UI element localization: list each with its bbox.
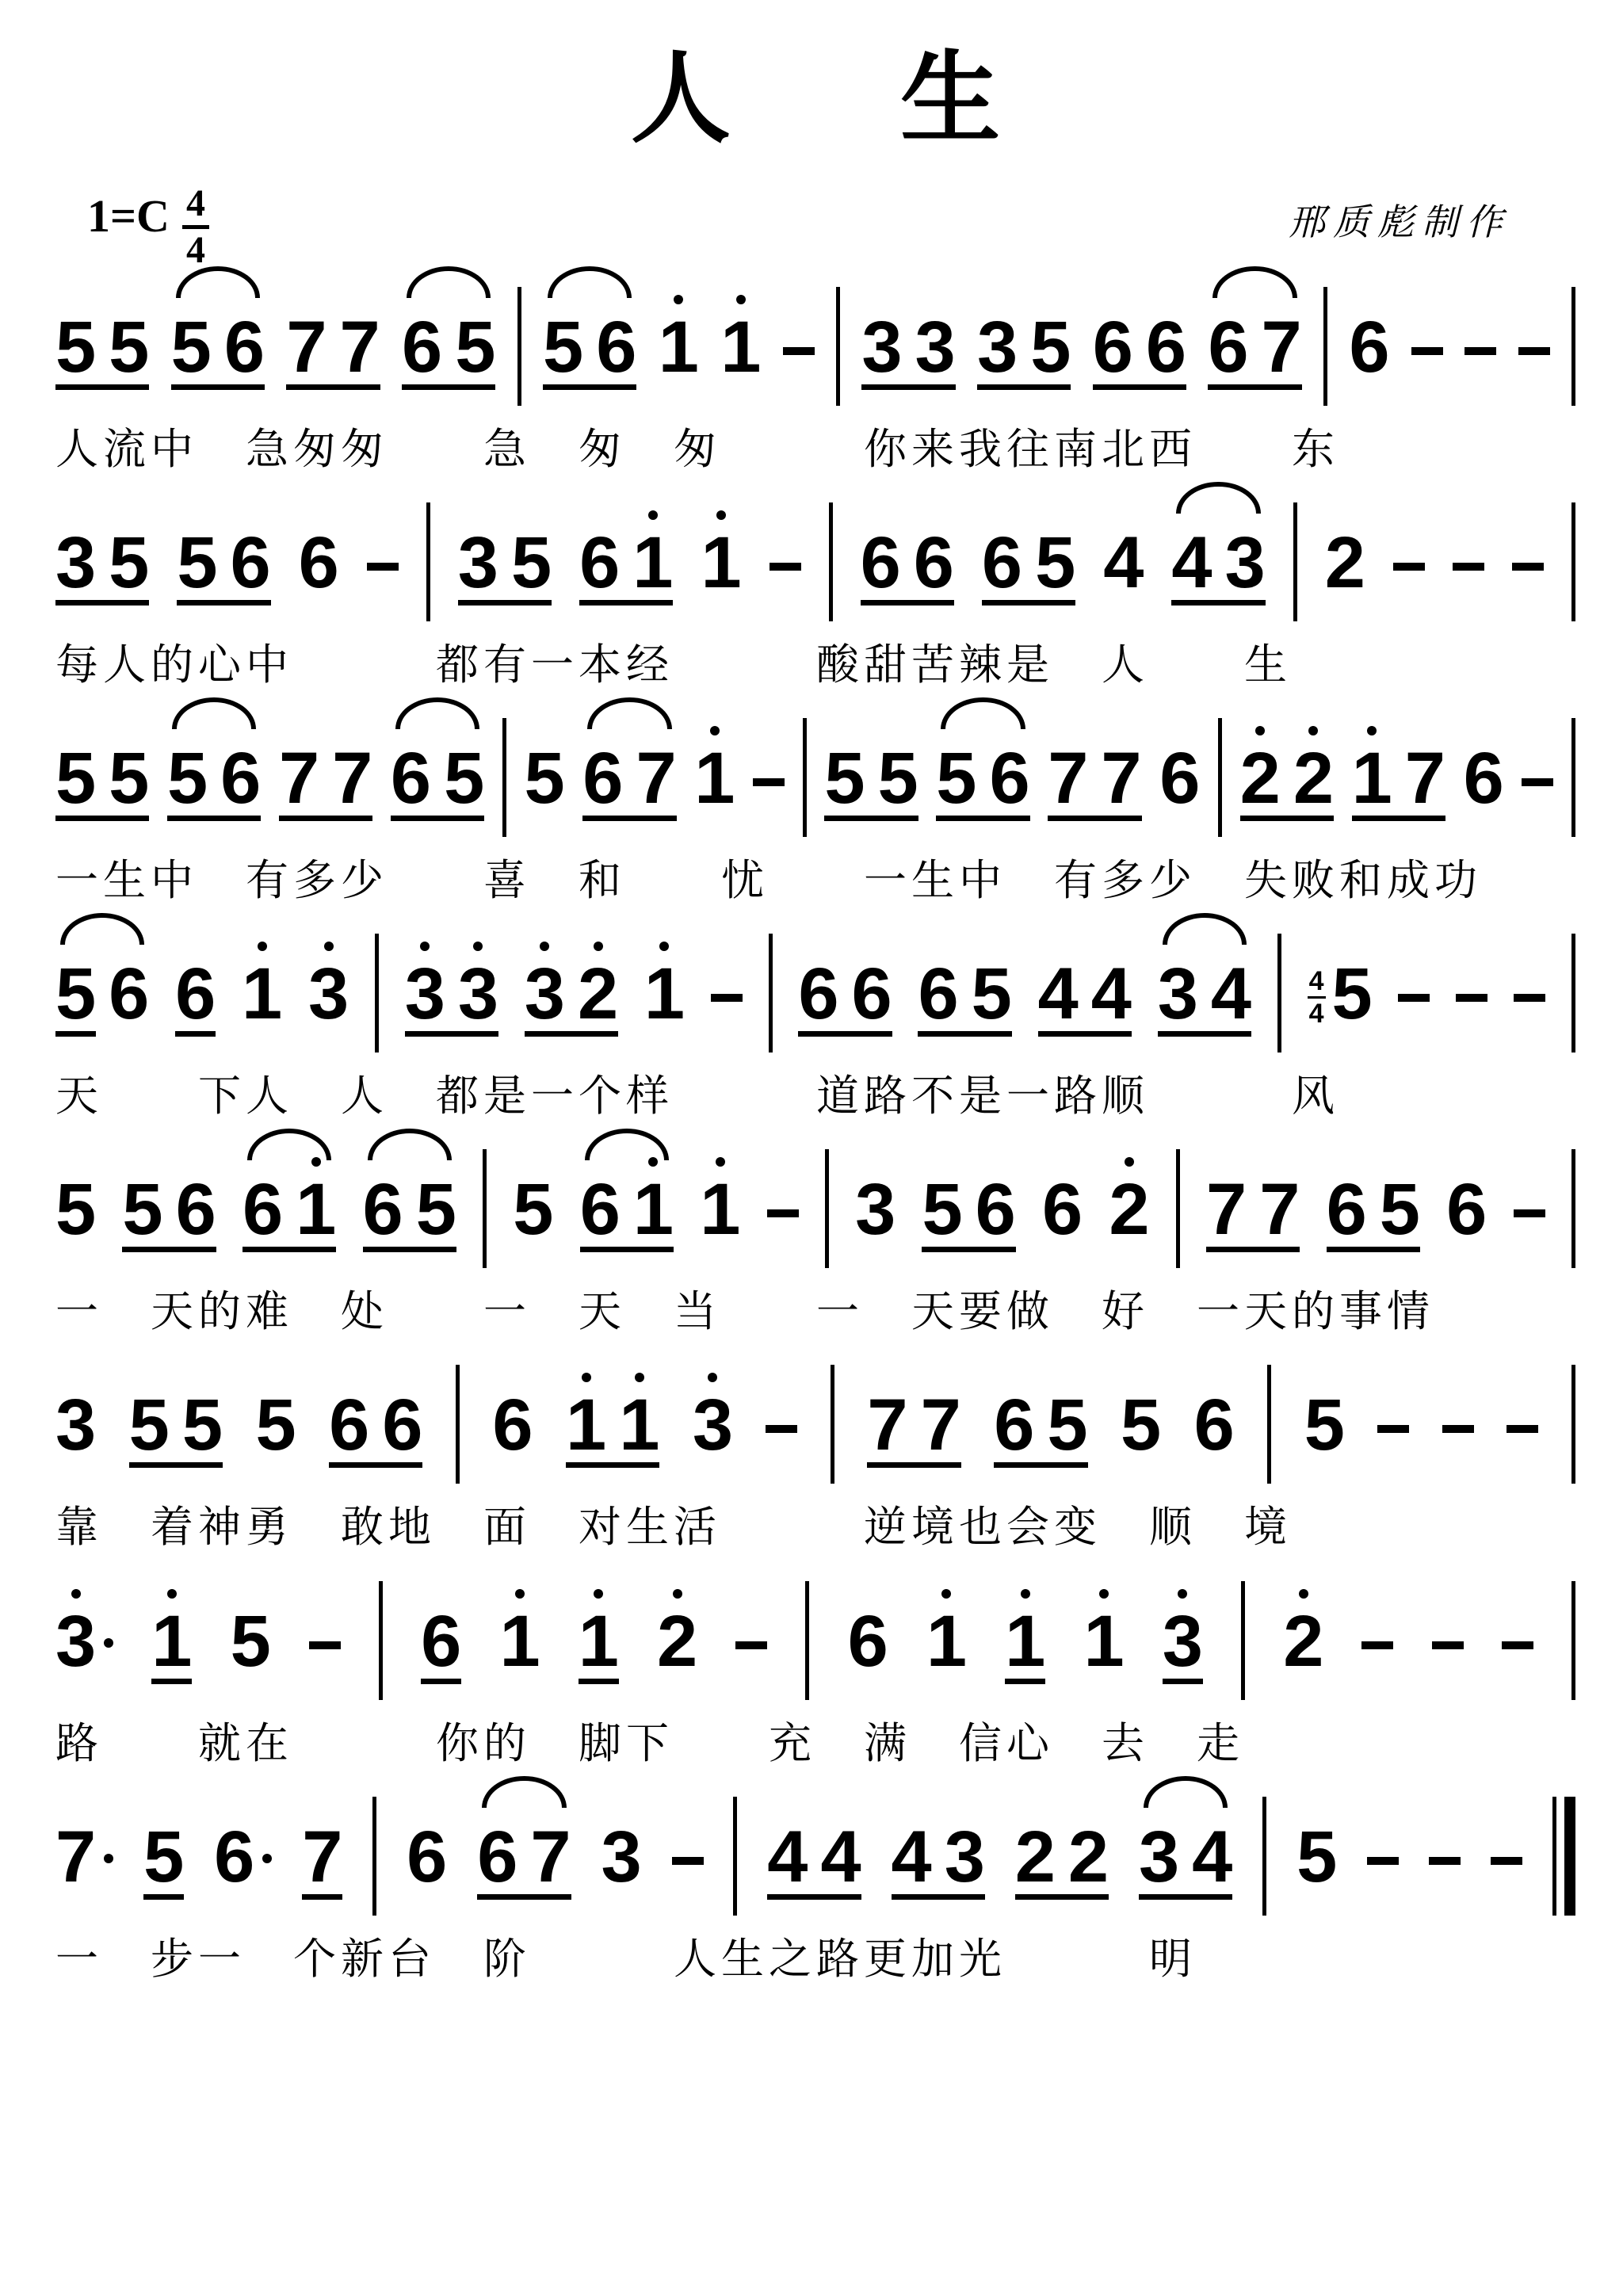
note-digit: 7	[302, 1817, 342, 1897]
note: 6	[391, 742, 431, 815]
note-digit: 6	[220, 738, 261, 819]
beam-group: 61	[242, 1173, 336, 1246]
beam-group: 35	[55, 526, 149, 599]
note: 6	[363, 1173, 403, 1246]
beam-group: 34	[1158, 957, 1251, 1030]
note-token: 5	[1296, 1820, 1337, 1893]
note: 1	[1005, 1605, 1045, 1678]
note-digit: 7	[867, 1385, 907, 1465]
note-token: 4	[1103, 526, 1144, 599]
note-digit: 6	[407, 1817, 447, 1897]
duration-dash	[1514, 1209, 1545, 1217]
note-token: 1	[644, 957, 685, 1030]
note: 5	[936, 742, 976, 815]
note: 7	[1405, 742, 1445, 815]
note-token: 3	[855, 1173, 896, 1246]
octave-dot-high	[540, 942, 549, 951]
octave-dot-high	[1178, 1589, 1187, 1599]
note: 7	[1206, 1173, 1247, 1246]
note-digit: 5	[182, 1385, 223, 1465]
note-token: 1	[926, 1605, 967, 1678]
note-digit: 3	[1139, 1817, 1179, 1897]
octave-dot-high	[515, 1589, 525, 1599]
duration-dash	[753, 778, 785, 786]
note-token: 6	[299, 526, 339, 599]
note-digit: 1	[151, 1601, 192, 1682]
note-digit: 5	[525, 738, 565, 819]
octave-dot-high	[71, 1589, 81, 1599]
note-token: 5	[513, 1173, 553, 1246]
note: 6	[1464, 742, 1504, 815]
note-digit: 5	[936, 738, 976, 819]
beam-group: 17	[1352, 742, 1445, 815]
note-digit: 3	[1163, 1601, 1203, 1682]
note: 6	[580, 1173, 621, 1246]
octave-dot-high	[1021, 1589, 1030, 1599]
beam-group: 65	[363, 1173, 456, 1246]
note: 5	[1304, 1389, 1345, 1461]
augmentation-dot	[262, 1854, 272, 1863]
music-line-3: 555677655671555677622176 一生中 有多少 喜 和 忧 一…	[55, 742, 1575, 905]
beam-group: 65	[391, 742, 484, 815]
duration-dash	[1491, 1857, 1522, 1865]
note-digit: 6	[976, 1169, 1016, 1250]
note-digit: 4	[1171, 522, 1212, 603]
note: 5	[1030, 311, 1071, 384]
note: 7	[636, 742, 676, 815]
note-token: 6	[1194, 1389, 1235, 1461]
note: 2	[1015, 1820, 1056, 1893]
note: 3	[977, 311, 1018, 384]
note: 3	[601, 1820, 641, 1893]
music-line-8: 75676673444322345 一 步一 个新台 阶 人生之路更加光 明	[55, 1820, 1575, 1984]
barline	[829, 502, 833, 621]
duration-dash	[1502, 1641, 1533, 1649]
note: 6	[242, 1173, 283, 1246]
note: 6	[299, 526, 339, 599]
note: 7	[867, 1389, 907, 1461]
note: 3	[525, 957, 565, 1030]
note: 1	[701, 526, 741, 599]
note-digit: 3	[55, 522, 96, 603]
beam-group: 65	[918, 957, 1011, 1030]
note: 6	[918, 957, 958, 1030]
note-digit: 6	[918, 953, 958, 1034]
note: 5	[972, 957, 1012, 1030]
note-digit: 6	[848, 1601, 888, 1682]
notation-row: 75676673444322345	[55, 1820, 1575, 1893]
barline	[1323, 287, 1327, 406]
note-token: 5	[55, 1173, 96, 1246]
note-token: 6	[421, 1605, 461, 1678]
beam-group: 56	[922, 1173, 1015, 1246]
note: 6	[109, 957, 149, 1030]
lyrics-row: 一生中 有多少 喜 和 忧 一生中 有多少 失败和成功	[55, 856, 1575, 905]
beam-group: 56	[543, 311, 636, 384]
beam-group: 67	[1208, 311, 1301, 384]
note-digit: 6	[580, 1169, 621, 1250]
notation-row: 555677655611333566676	[55, 311, 1575, 384]
note: 5	[231, 1605, 271, 1678]
note-digit: 6	[363, 1169, 403, 1250]
barline	[1262, 1797, 1266, 1916]
octave-dot-high	[648, 1157, 658, 1167]
note-digit: 6	[1464, 738, 1504, 819]
barline	[825, 1149, 829, 1268]
beam-group: 77	[1048, 742, 1141, 815]
note: 1	[296, 1173, 336, 1246]
note: 1	[694, 742, 735, 815]
note-digit: 1	[720, 307, 761, 388]
duration-dash	[1465, 347, 1496, 355]
octave-dot-high	[594, 942, 603, 951]
note: 6	[798, 957, 838, 1030]
note: 5	[513, 1173, 553, 1246]
note: 5	[109, 526, 149, 599]
beam-group: 61	[579, 526, 673, 599]
note: 6	[214, 1820, 254, 1893]
barline	[1571, 1365, 1575, 1484]
note: 2	[657, 1605, 697, 1678]
octave-dot-high	[736, 295, 746, 304]
note: 3	[915, 311, 956, 384]
note-token: 5	[143, 1820, 184, 1893]
note-digit: 6	[231, 522, 271, 603]
note-digit: 1	[700, 1169, 740, 1250]
octave-dot-high	[324, 942, 334, 951]
note: 4	[1211, 957, 1251, 1030]
duration-dash	[1393, 563, 1425, 571]
augmentation-dot	[104, 1638, 113, 1648]
note: 4	[820, 1820, 861, 1893]
note-token: 6	[1446, 1173, 1487, 1246]
duration-dash	[1514, 994, 1545, 1002]
note-digit: 5	[255, 1385, 296, 1465]
note: 1	[659, 311, 699, 384]
note-token: 3	[601, 1820, 641, 1893]
note-digit: 4	[767, 1817, 808, 1897]
octave-dot-high	[1099, 1589, 1109, 1599]
octave-dot-high	[941, 1589, 951, 1599]
note: 3	[693, 1389, 733, 1461]
note-digit: 1	[1083, 1601, 1124, 1682]
note-digit: 7	[332, 738, 372, 819]
duration-dash	[1456, 994, 1487, 1002]
barline	[379, 1581, 383, 1700]
note-digit: 7	[1206, 1169, 1247, 1250]
note: 7	[279, 742, 319, 815]
note-digit: 6	[175, 953, 216, 1034]
note-digit: 6	[492, 1385, 533, 1465]
note-digit: 3	[693, 1385, 733, 1465]
note-token: 1	[701, 526, 741, 599]
barline	[1571, 1149, 1575, 1268]
note: 3	[1158, 957, 1198, 1030]
note: 7	[332, 742, 372, 815]
music-line-7: 3156112611132 路 就在 你的 脚下 充 满 信心 去 走	[55, 1605, 1575, 1768]
inline-meter-denominator: 4	[1309, 999, 1324, 1027]
note-digit: 5	[1380, 1169, 1420, 1250]
note: 3	[55, 1389, 96, 1461]
note: 3	[1139, 1820, 1179, 1893]
final-barline-thick	[1564, 1797, 1575, 1916]
lyrics-row: 天 下人 人 都是一个样 道路不是一路顺 风	[55, 1072, 1575, 1121]
note-digit: 4	[1103, 522, 1144, 603]
beam-group: 55	[824, 742, 918, 815]
note-token: 2	[1283, 1605, 1323, 1678]
beam-group: 35	[458, 526, 552, 599]
octave-dot-high	[673, 1589, 682, 1599]
note-token: 2	[657, 1605, 697, 1678]
note-digit: 2	[578, 953, 618, 1034]
beam-group: 65	[1327, 1173, 1420, 1246]
note-digit: 6	[224, 307, 265, 388]
note-digit: 6	[1093, 307, 1133, 388]
note: 6	[852, 957, 892, 1030]
note-digit: 1	[694, 738, 735, 819]
note-token: 1	[579, 1605, 619, 1678]
note: 6	[176, 1173, 216, 1246]
note: 3	[945, 1820, 985, 1893]
note-token: 1	[1005, 1605, 1045, 1678]
beam-group: 56	[55, 957, 149, 1030]
beam-group: 56	[122, 1173, 216, 1246]
note-token: 2	[1325, 526, 1365, 599]
barline	[456, 1365, 460, 1484]
octave-dot-high	[594, 1589, 603, 1599]
note-digit: 1	[644, 953, 685, 1034]
beam-group: 33	[405, 957, 498, 1030]
note-digit: 2	[1283, 1601, 1323, 1682]
note-digit: 4	[820, 1817, 861, 1897]
note-digit: 2	[1293, 738, 1334, 819]
note-token: 6	[175, 957, 216, 1030]
note-digit: 5	[143, 1817, 184, 1897]
barline	[733, 1797, 737, 1916]
note-digit: 5	[55, 307, 96, 388]
note: 1	[151, 1605, 192, 1678]
note: 5	[171, 311, 212, 384]
note: 6	[382, 1389, 422, 1461]
note-digit: 6	[329, 1385, 369, 1465]
note: 6	[982, 526, 1022, 599]
note: 5	[922, 1173, 962, 1246]
note-digit: 6	[798, 953, 838, 1034]
note-digit: 3	[55, 1601, 96, 1682]
note-digit: 5	[972, 953, 1012, 1034]
note: 5	[129, 1389, 170, 1461]
key-tonic: 1=C	[87, 193, 170, 239]
note: 7	[1262, 311, 1302, 384]
notation-row: 566133332166654434445	[55, 957, 1575, 1030]
music-line-4: 566133332166654434445 天 下人 人 都是一个样 道路不是一…	[55, 957, 1575, 1121]
note: 1	[1352, 742, 1392, 815]
note: 4	[1091, 957, 1132, 1030]
note-digit: 1	[659, 307, 699, 388]
note-digit: 7	[1262, 307, 1302, 388]
note-digit: 6	[421, 1601, 461, 1682]
note-digit: 6	[579, 522, 620, 603]
beam-group: 44	[767, 1820, 861, 1893]
note-digit: 7	[1405, 738, 1445, 819]
note: 6	[579, 526, 620, 599]
note-digit: 5	[1047, 1385, 1087, 1465]
music-line-2: 355663561166654432 每人的心中 都有一本经 酸甜苦辣是 人 生	[55, 526, 1575, 690]
note: 5	[455, 311, 495, 384]
note: 2	[1109, 1173, 1149, 1246]
note: 6	[231, 526, 271, 599]
note: 6	[1093, 311, 1133, 384]
note: 7	[1259, 1173, 1300, 1246]
note-token: 7	[302, 1820, 342, 1893]
note: 6	[1159, 742, 1200, 815]
octave-dot-high	[1308, 726, 1318, 735]
lyrics-row: 人流中 急匆匆 急 匆 匆 你来我往南北西 东	[55, 425, 1575, 474]
beam-group: 77	[286, 311, 380, 384]
beam-group: 55	[129, 1389, 223, 1461]
note: 6	[848, 1605, 888, 1678]
note: 4	[892, 1820, 932, 1893]
note: 6	[1194, 1389, 1235, 1461]
octave-dot-high	[710, 726, 720, 735]
note: 3	[55, 1605, 96, 1678]
duration-dash	[1411, 347, 1443, 355]
note-digit: 5	[109, 522, 149, 603]
note-token: 1	[694, 742, 735, 815]
note-digit: 7	[530, 1817, 571, 1897]
duration-dash	[1442, 1425, 1474, 1433]
barline	[426, 502, 430, 621]
note: 7	[340, 311, 380, 384]
note: 3	[1225, 526, 1266, 599]
beam-group: 56	[167, 742, 261, 815]
note-digit: 6	[402, 307, 442, 388]
beam-group: 22	[1240, 742, 1334, 815]
octave-dot-high	[258, 942, 267, 951]
duration-dash	[769, 563, 801, 571]
beam-group: 33	[861, 311, 955, 384]
note: 7	[55, 1820, 96, 1893]
barline	[517, 287, 521, 406]
note-digit: 6	[1146, 307, 1186, 388]
lyrics-row: 一 天的难 处 一 天 当 一 天要做 好 一天的事情	[55, 1287, 1575, 1336]
note: 7	[302, 1820, 342, 1893]
duration-dash	[1518, 347, 1550, 355]
note: 5	[255, 1389, 296, 1461]
duration-dash	[309, 1641, 341, 1649]
barline	[1176, 1149, 1180, 1268]
octave-dot-high	[1125, 1157, 1134, 1167]
note: 6	[407, 1820, 447, 1893]
octave-dot-high	[1255, 726, 1265, 735]
note-digit: 6	[994, 1385, 1034, 1465]
note-token: 5	[525, 742, 565, 815]
song-title: 人生	[55, 51, 1575, 151]
barline	[836, 287, 840, 406]
duration-dash	[367, 563, 399, 571]
beam-group: 43	[892, 1820, 985, 1893]
note-token: 6	[407, 1820, 447, 1893]
barline	[1267, 1365, 1271, 1484]
note: 5	[543, 311, 583, 384]
note-digit: 3	[458, 522, 498, 603]
duration-dash	[767, 1209, 799, 1217]
note: 1	[633, 1173, 674, 1246]
octave-dot-high	[1299, 1589, 1308, 1599]
note: 6	[175, 957, 216, 1030]
note-digit: 5	[824, 738, 865, 819]
note-digit: 7	[55, 1817, 96, 1897]
note: 6	[402, 311, 442, 384]
note-digit: 1	[701, 522, 741, 603]
barline	[831, 1365, 834, 1484]
inline-meter-numerator: 4	[1308, 968, 1326, 999]
duration-dash	[1522, 778, 1553, 786]
note: 6	[220, 742, 261, 815]
note-digit: 1	[242, 953, 282, 1034]
beam-group: 44	[1038, 957, 1132, 1030]
note: 5	[143, 1820, 184, 1893]
note-token: 1	[659, 311, 699, 384]
note: 3	[308, 957, 349, 1030]
note: 5	[109, 311, 149, 384]
note-digit: 5	[513, 1169, 553, 1250]
note: 1	[579, 1605, 619, 1678]
note-digit: 4	[1038, 953, 1079, 1034]
notation-row: 35556661137765565	[55, 1389, 1575, 1461]
note-digit: 3	[977, 307, 1018, 388]
barline	[375, 934, 379, 1052]
note: 5	[877, 742, 918, 815]
duration-dash	[1429, 1857, 1461, 1865]
beam-group: 56	[171, 311, 265, 384]
note: 4	[1103, 526, 1144, 599]
duration-dash	[711, 994, 743, 1002]
note-digit: 5	[922, 1169, 962, 1250]
note: 5	[55, 1173, 96, 1246]
note-digit: 5	[171, 307, 212, 388]
note-digit: 1	[566, 1385, 606, 1465]
beam-group: 66	[861, 526, 954, 599]
note-digit: 1	[632, 522, 673, 603]
note: 6	[1446, 1173, 1487, 1246]
note-digit: 5	[543, 307, 583, 388]
note-token: 5	[1304, 1389, 1345, 1461]
note: 5	[177, 526, 217, 599]
note: 2	[1325, 526, 1365, 599]
note: 5	[416, 1173, 456, 1246]
duration-dash	[1507, 1425, 1538, 1433]
note-digit: 6	[176, 1169, 216, 1250]
note-digit: 5	[877, 738, 918, 819]
note: 1	[499, 1605, 540, 1678]
note-digit: 6	[382, 1385, 422, 1465]
note-digit: 3	[601, 1817, 641, 1897]
note-digit: 6	[852, 953, 892, 1034]
note-token: 3	[693, 1389, 733, 1461]
note: 5	[122, 1173, 162, 1246]
notation-row: 556616556113566277656	[55, 1173, 1575, 1246]
note-digit: 5	[1332, 953, 1373, 1034]
beam-group: 61	[580, 1173, 674, 1246]
note-token: 7	[55, 1820, 113, 1893]
note: 5	[511, 526, 552, 599]
note-digit: 2	[1015, 1817, 1056, 1897]
note-digit: 3	[405, 953, 445, 1034]
note-digit: 6	[1327, 1169, 1367, 1250]
note: 7	[1101, 742, 1141, 815]
note: 6	[582, 742, 623, 815]
